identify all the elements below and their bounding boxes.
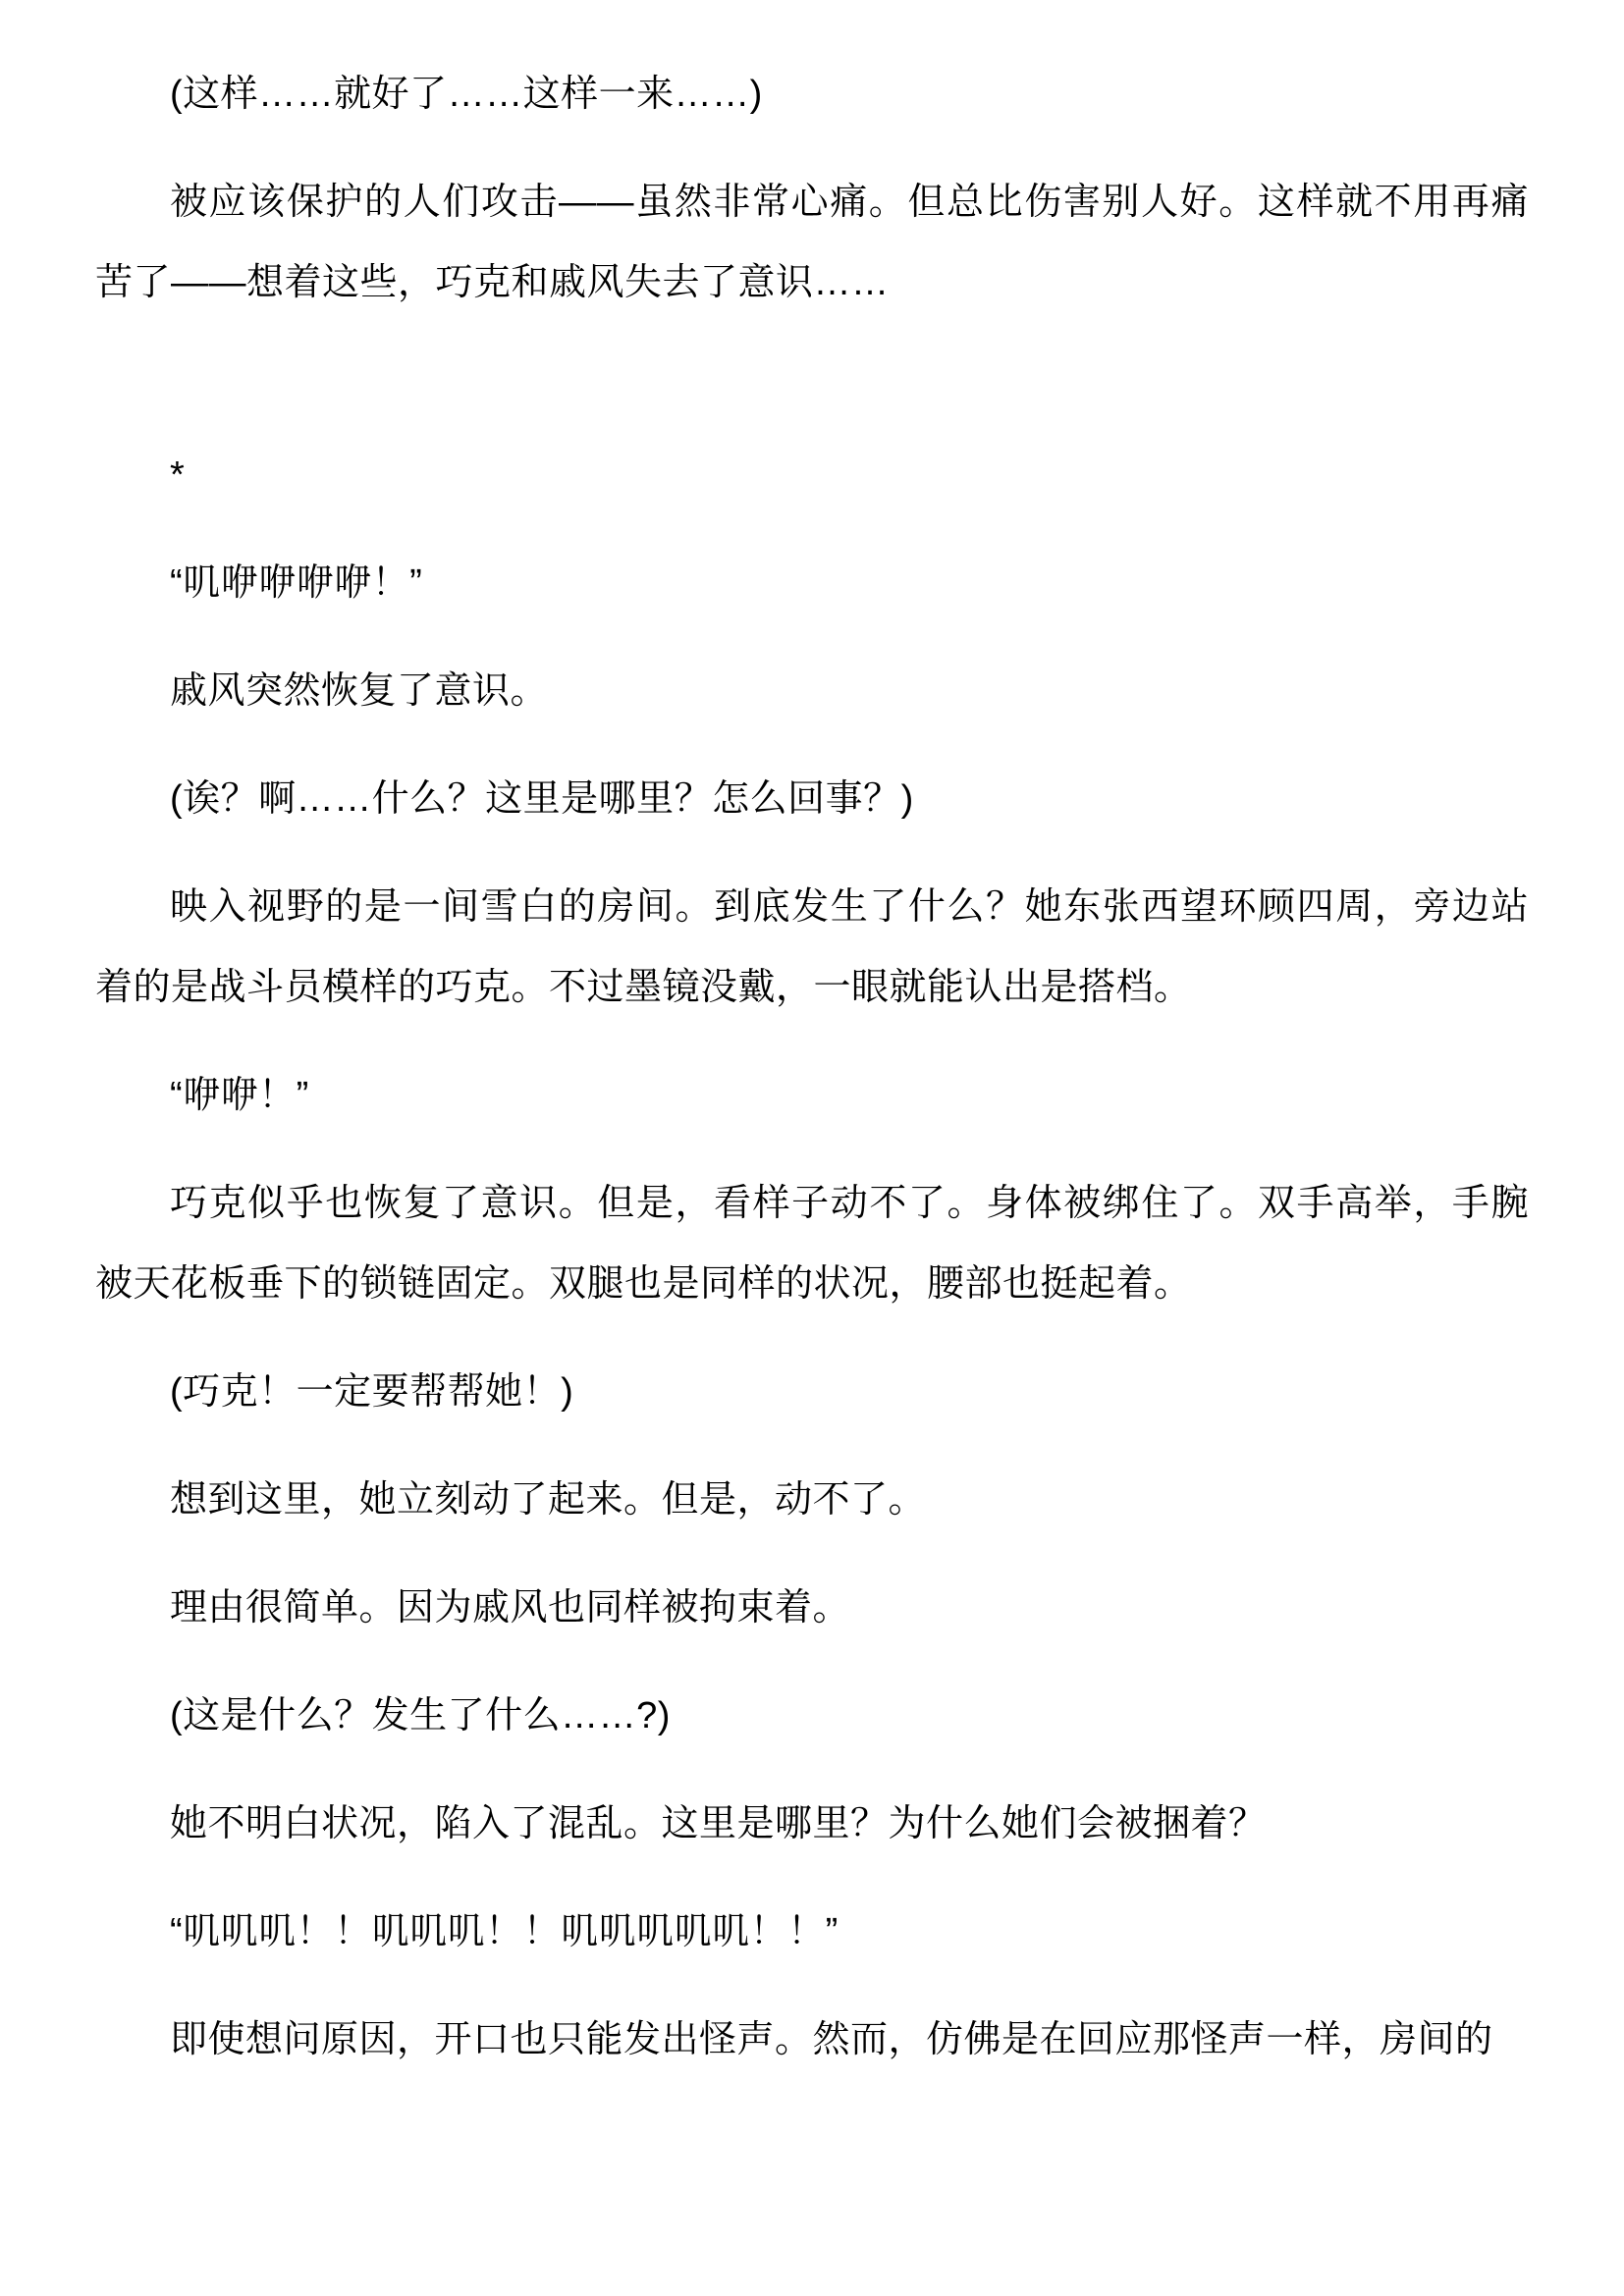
paragraph: “咿咿！” [95,1055,1529,1136]
paragraph: (这样……就好了……这样一来……) [95,54,1529,134]
paragraph: 巧克似乎也恢复了意识。但是，看样子动不了。身体被绑住了。双手高举，手腕被天花板垂… [95,1163,1529,1324]
novel-page: (这样……就好了……这样一来……)被应该保护的人们攻击——虽然非常心痛。但总比伤… [0,0,1624,2296]
paragraph: 被应该保护的人们攻击——虽然非常心痛。但总比伤害别人好。这样就不用再痛苦了——想… [95,162,1529,323]
paragraph: 戚风突然恢复了意识。 [95,651,1529,731]
paragraph: 理由很简单。因为戚风也同样被拘束着。 [95,1568,1529,1648]
paragraph: 即使想问原因，开口也只能发出怪声。然而，仿佛是在回应那怪声一样，房间的 [95,2000,1529,2080]
paragraph: 想到这里，她立刻动了起来。但是，动不了。 [95,1460,1529,1540]
paragraph: 映入视野的是一间雪白的房间。到底发生了什么？她东张西望环顾四周，旁边站着的是战斗… [95,867,1529,1028]
paragraph: “叽咿咿咿咿！” [95,543,1529,623]
paragraph: 她不明白状况，陷入了混乱。这里是哪里？为什么她们会被捆着？ [95,1784,1529,1864]
paragraph: (这是什么？发生了什么……?) [95,1676,1529,1756]
paragraph: (诶？啊……什么？这里是哪里？怎么回事？) [95,759,1529,839]
scene-break: * [95,435,1529,515]
paragraph: (巧克！一定要帮帮她！) [95,1352,1529,1432]
paragraph: “叽叽叽！！叽叽叽！！叽叽叽叽叽！！” [95,1892,1529,1972]
page-text-body: (这样……就好了……这样一来……)被应该保护的人们攻击——虽然非常心痛。但总比伤… [95,54,1529,2080]
